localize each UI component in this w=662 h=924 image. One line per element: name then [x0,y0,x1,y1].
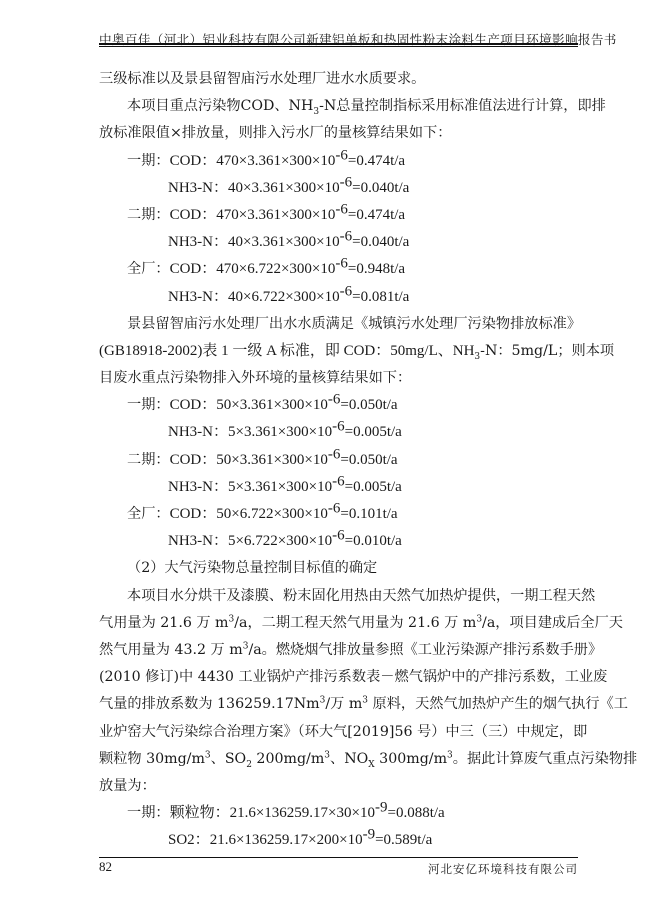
calc-exp: -9 [375,799,388,815]
calc-label: 一期： [127,397,170,413]
calc-result: =0.040t/a [352,180,409,196]
text: -N总量控制指标采用标准值法进行计算，即排 [319,98,606,114]
text: 。据此计算废气重点污染物排 [453,751,637,767]
calc-label: 二期： [127,452,170,468]
calc-result: =0.081t/a [352,289,409,305]
calc-row: NH3-N：5×3.361×300×10-6=0.005t/a [99,474,579,501]
calc-item: NH3-N： [168,479,228,495]
calc-label: 一期： [127,805,170,821]
text: 300mg/m [375,751,447,767]
paragraph-line: 景县留智庙污水处理厂出水水质满足《城镇污水处理厂污染物排放标准》 [99,311,579,338]
calc-result: =0.948t/a [348,261,405,277]
calc-row: 一期：COD：470×3.361×300×10-6=0.474t/a [99,148,579,175]
calc-result: =0.474t/a [348,153,405,169]
calc-block-wwtp: 一期：COD：470×3.361×300×10-6=0.474t/aNH3-N：… [99,148,579,311]
calc-label: 二期： [127,207,170,223]
paragraph-line: (GB18918-2002)表 1 一级 A 标准，即 COD：50mg/L、N… [99,338,579,365]
calc-item: COD： [170,397,217,413]
calc-row: 一期：颗粒物：21.6×136259.17×30×10-9=0.088t/a [99,800,579,827]
calc-row: NH3-N：40×3.361×300×10-6=0.040t/a [99,175,579,202]
calc-exp: -6 [328,500,341,516]
calc-result: =0.050t/a [340,397,397,413]
calc-item: NH3-N： [168,180,228,196]
calc-row: 全厂：COD：470×6.722×300×10-6=0.948t/a [99,256,579,283]
header-double-rule [99,43,578,48]
footer-rule [99,857,578,858]
calc-item: COD： [170,207,217,223]
section-heading: （2）大气污染物总量控制目标值的确定 [99,555,579,582]
calc-expr: 21.6×136259.17×30×10 [230,805,375,821]
calc-exp: -6 [332,527,345,543]
calc-exp: -6 [328,392,341,408]
calc-exp: -6 [335,256,348,272]
calc-exp: -6 [340,174,353,190]
calc-expr: 50×6.722×300×10 [216,506,328,522]
calc-result: =0.474t/a [348,207,405,223]
calc-item: COD： [170,506,217,522]
calc-row: 一期：COD：50×3.361×300×10-6=0.050t/a [99,392,579,419]
calc-row: NH3-N：5×6.722×300×10-6=0.010t/a [99,528,579,555]
calc-row: NH3-N：5×3.361×300×10-6=0.005t/a [99,419,579,446]
text: 、SO [211,751,247,767]
paragraph-continuation: 三级标准以及景县留智庙污水处理厂进水水质要求。 [99,66,579,93]
paragraph-line: 颗粒物 30mg/m3、SO2 200mg/m3、NOX 300mg/m3。据此… [99,746,579,773]
calc-row: 二期：COD：470×3.361×300×10-6=0.474t/a [99,202,579,229]
calc-result: =0.088t/a [387,805,444,821]
calc-item: NH3-N： [168,289,228,305]
paragraph-line: 然气用量为 43.2 万 m3/a。燃烧烟气排放量参照《工业污染源产排污系数手册… [99,637,579,664]
calc-item: 颗粒物： [170,805,230,821]
calc-row: NH3-N：40×6.722×300×10-6=0.081t/a [99,284,579,311]
calc-exp: -6 [332,473,345,489]
document-body: 三级标准以及景县留智庙污水处理厂进水水质要求。 本项目重点污染物COD、NH3-… [99,66,579,854]
paragraph-line: 本项目水分烘干及漆膜、粉末固化用热由天然气加热炉提供，一期工程天然 [99,583,579,610]
calc-exp: -6 [335,147,348,163]
calc-row: NH3-N：40×3.361×300×10-6=0.040t/a [99,229,579,256]
text: 然气用量为 43.2 万 m [99,642,243,658]
paragraph-line: 放标准限值×排放量，则排入污水厂的量核算结果如下： [99,120,579,147]
calc-expr: 5×3.361×300×10 [228,424,332,440]
calc-expr: 5×3.361×300×10 [228,479,332,495]
calc-label: 全厂： [127,261,170,277]
calc-expr: 50×3.361×300×10 [216,397,328,413]
text: 颗粒物 30mg/m [99,751,205,767]
calc-exp: -9 [363,827,376,843]
text: 、NO [330,751,368,767]
calc-expr: 5×6.722×300×10 [228,533,332,549]
footer-company: 河北安亿环境科技有限公司 [428,861,578,877]
calc-item: NH3-N： [168,424,228,440]
text: 原料，天然气加热炉产生的烟气执行《工 [368,696,628,712]
calc-expr: 40×3.361×300×10 [228,234,340,250]
calc-exp: -6 [335,201,348,217]
calc-expr: 40×6.722×300×10 [228,289,340,305]
calc-item: SO2： [168,832,210,848]
paragraph-line: 气用量为 21.6 万 m3/a，二期工程天然气用量为 21.6 万 m3/a，… [99,610,579,637]
calc-item: COD： [170,261,217,277]
calc-result: =0.005t/a [345,479,402,495]
calc-row: SO2：21.6×136259.17×200×10-9=0.589t/a [99,827,579,854]
calc-expr: 50×3.361×300×10 [216,452,328,468]
calc-item: NH3-N： [168,533,228,549]
text: -N：5mg/L；则本项 [480,343,614,359]
calc-result: =0.040t/a [352,234,409,250]
calc-expr: 40×3.361×300×10 [228,180,340,196]
paragraph-line: 放量为： [99,773,579,800]
text: 本项目重点污染物COD、NH [127,98,313,114]
calc-item: NH3-N： [168,234,228,250]
calc-result: =0.589t/a [375,832,432,848]
calc-result: =0.005t/a [345,424,402,440]
text: 气用量为 21.6 万 m [99,615,229,631]
calc-exp: -6 [328,446,341,462]
text: (GB18918-2002)表 1 一级 A 标准，即 COD：50mg/L、N… [99,343,474,359]
calc-exp: -6 [340,228,353,244]
calc-expr: 470×3.361×300×10 [216,207,335,223]
paragraph-line: 气量的排放系数为 136259.17Nm3/万 m3 原料，天然气加热炉产生的烟… [99,691,579,718]
calc-block-air: 一期：颗粒物：21.6×136259.17×30×10-9=0.088t/aSO… [99,800,579,854]
calc-expr: 470×3.361×300×10 [216,153,335,169]
calc-item: COD： [170,153,217,169]
calc-result: =0.050t/a [340,452,397,468]
calc-exp: -6 [332,419,345,435]
calc-exp: -6 [340,283,353,299]
paragraph-line: (2010 修订)中 4430 工业锅炉产排污系数表－燃气锅炉中的产排污系数，工… [99,664,579,691]
text: /a，二期工程天然气用量为 21.6 万 m [234,615,476,631]
calc-block-env: 一期：COD：50×3.361×300×10-6=0.050t/aNH3-N：5… [99,392,579,555]
calc-expr: 470×6.722×300×10 [216,261,335,277]
calc-expr: 21.6×136259.17×200×10 [210,832,363,848]
text: /a。燃烧烟气排放量参照《工业污染源产排污系数手册》 [248,642,602,658]
text: 气量的排放系数为 136259.17Nm [99,696,320,712]
calc-label: 全厂： [127,506,170,522]
calc-label: 一期： [127,153,170,169]
paragraph-line: 业炉窑大气污染综合治理方案》（环大气[2019]56 号）中三（三）中规定，即 [99,719,579,746]
calc-row: 全厂：COD：50×6.722×300×10-6=0.101t/a [99,501,579,528]
text: /万 m [325,696,362,712]
calc-item: COD： [170,452,217,468]
calc-row: 二期：COD：50×3.361×300×10-6=0.050t/a [99,447,579,474]
text: /a，项目建成后全厂天 [482,615,623,631]
paragraph-line: 本项目重点污染物COD、NH3-N总量控制指标采用标准值法进行计算，即排 [99,93,579,120]
text: 200mg/m [252,751,324,767]
calc-result: =0.101t/a [340,506,397,522]
calc-result: =0.010t/a [345,533,402,549]
paragraph-line: 目废水重点污染物排入外环境的量核算结果如下： [99,365,579,392]
page-number: 82 [99,859,112,875]
